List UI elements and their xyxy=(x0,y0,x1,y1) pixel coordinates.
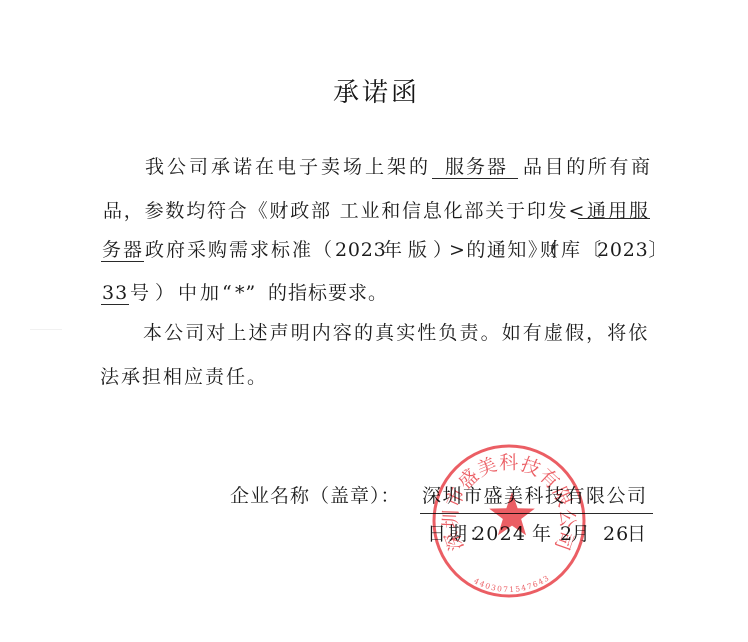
paragraph-2-line-2: 法承担相应责任。 xyxy=(100,368,268,387)
star-icon xyxy=(489,492,535,535)
blank-underline xyxy=(432,178,518,179)
blank-underline xyxy=(578,218,650,219)
paragraph-1-line-4-part: 的指标要求。 xyxy=(268,284,388,303)
company-seal: 深圳市盛美科技有限公司 4403071547643 xyxy=(429,441,589,601)
paragraph-1-line-3-part: 政府采购需求标准（ xyxy=(145,241,334,260)
date-day: 26 xyxy=(603,525,629,544)
scan-artifact xyxy=(30,329,62,330)
filled-blank-standard-name-part-2: 务器 xyxy=(102,241,144,260)
paragraph-1-line-4-part: 号） xyxy=(130,284,180,303)
paragraph-1-line-3-part: 2023 xyxy=(335,241,387,260)
paragraph-1-line-1-after: 品目的所有商 xyxy=(523,158,653,177)
filled-blank-document-number: 33 xyxy=(102,284,128,303)
signature-label: 企业名称（盖章）： xyxy=(230,487,401,506)
paragraph-1-line-3-part: 2023〕 xyxy=(597,241,668,260)
blank-underline xyxy=(101,304,129,305)
paragraph-2-line-1: 本公司对上述声明内容的真实性负责。如有虚假，将依 xyxy=(143,324,649,343)
date-day-unit: 日 xyxy=(627,525,646,544)
document-page: 承诺函 我公司承诺在电子卖场上架的 服务器 品目的所有商 品，参数均符合《财政部… xyxy=(0,0,748,642)
filled-blank-product-category: 服务器 xyxy=(445,158,508,177)
paragraph-1-line-4-part: 中加“ xyxy=(178,284,235,303)
paragraph-1-line-4-part: *” xyxy=(235,284,256,303)
paragraph-1-line-1: 我公司承诺在电子卖场上架的 xyxy=(145,158,431,177)
page-title: 承诺函 xyxy=(333,80,420,106)
paragraph-1-line-3-part: 财库〔 xyxy=(540,241,603,260)
paragraph-1-line-2: 品，参数均符合《财政部 工业和信息化部关于印发< xyxy=(103,202,586,221)
paragraph-1-line-3-part: 年版） xyxy=(383,241,458,260)
blank-underline xyxy=(101,261,144,262)
